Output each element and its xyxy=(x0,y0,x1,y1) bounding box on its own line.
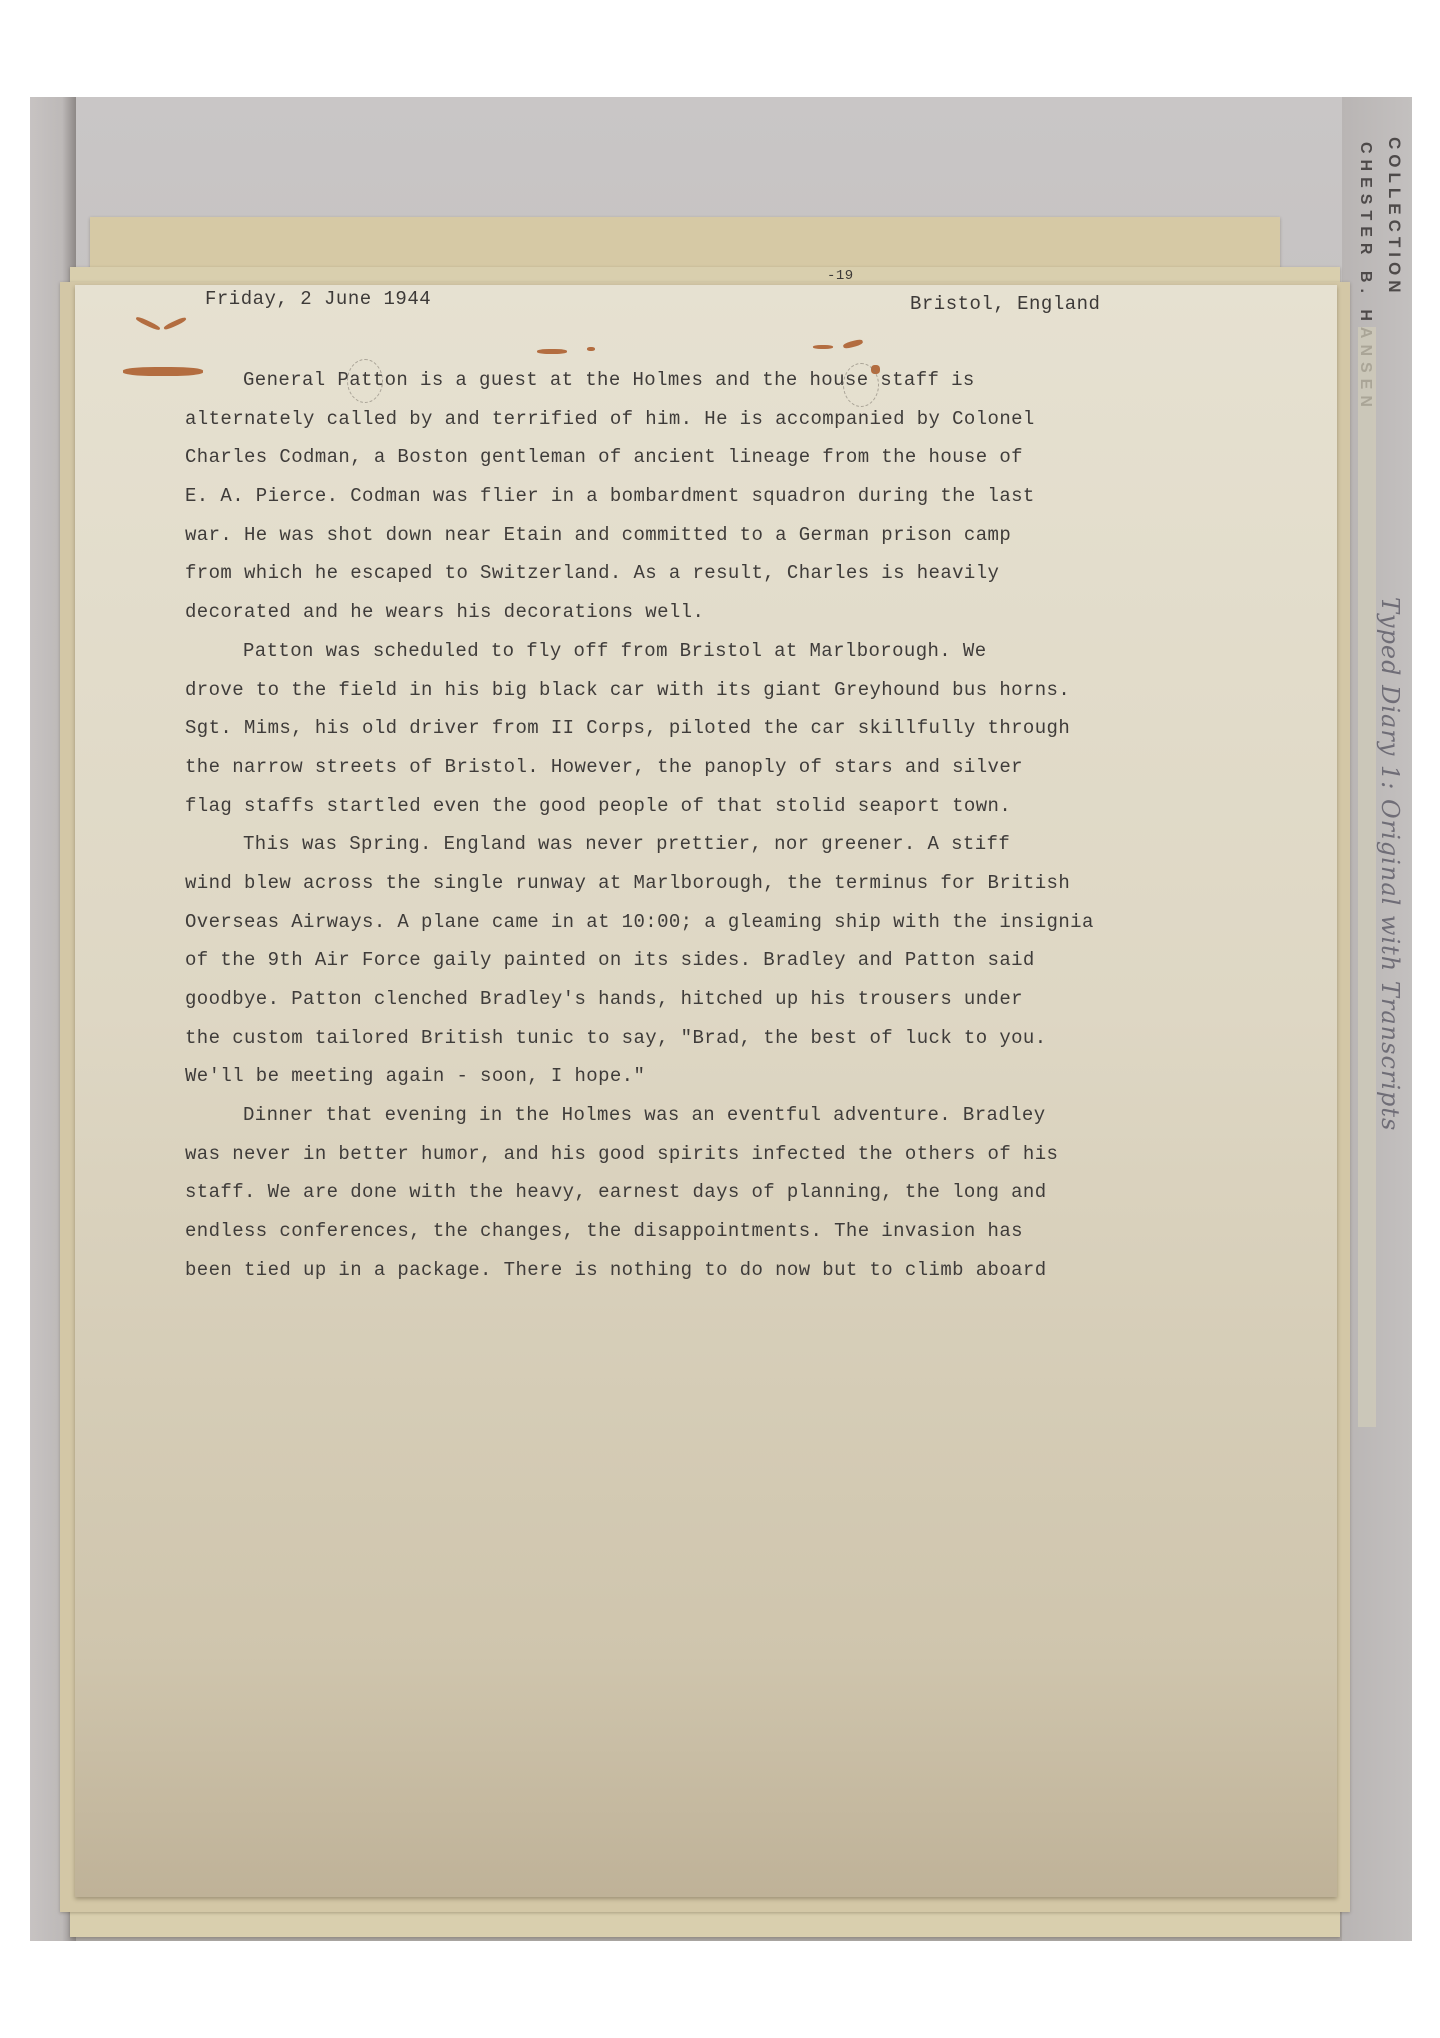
text-line: flag staffs startled even the good peopl… xyxy=(185,787,1165,826)
text-line: staff. We are done with the heavy, earne… xyxy=(185,1173,1165,1212)
text-line: was never in better humor, and his good … xyxy=(185,1135,1165,1174)
paragraph: This was Spring. England was never prett… xyxy=(185,825,1165,1096)
diary-body: General Patton is a guest at the Holmes … xyxy=(185,361,1165,1290)
collection-label: COLLECTION xyxy=(1384,137,1404,298)
text-line: wind blew across the single runway at Ma… xyxy=(185,864,1165,903)
rust-stain xyxy=(813,345,833,349)
text-line: war. He was shot down near Etain and com… xyxy=(185,516,1165,555)
text-line: Charles Codman, a Boston gentleman of an… xyxy=(185,438,1165,477)
text-line: drove to the field in his big black car … xyxy=(185,671,1165,710)
text-line: Sgt. Mims, his old driver from II Corps,… xyxy=(185,709,1165,748)
text-line: from which he escaped to Switzerland. As… xyxy=(185,554,1165,593)
rust-stain xyxy=(587,347,595,351)
folder-tab-strip xyxy=(1358,327,1376,1427)
paragraph: General Patton is a guest at the Holmes … xyxy=(185,361,1165,632)
paragraph: Patton was scheduled to fly off from Bri… xyxy=(185,632,1165,825)
text-line: E. A. Pierce. Codman was flier in a bomb… xyxy=(185,477,1165,516)
text-line: General Patton is a guest at the Holmes … xyxy=(185,361,1165,400)
text-line: goodbye. Patton clenched Bradley's hands… xyxy=(185,980,1165,1019)
text-line: This was Spring. England was never prett… xyxy=(185,825,1165,864)
entry-location: Bristol, England xyxy=(910,293,1100,315)
entry-date: Friday, 2 June 1944 xyxy=(205,288,431,310)
text-line: endless conferences, the changes, the di… xyxy=(185,1212,1165,1251)
text-line: of the 9th Air Force gaily painted on it… xyxy=(185,941,1165,980)
text-line: decorated and he wears his decorations w… xyxy=(185,593,1165,632)
paragraph: Dinner that evening in the Holmes was an… xyxy=(185,1096,1165,1289)
rust-stain xyxy=(135,316,161,332)
rust-stain xyxy=(537,349,567,354)
text-line: alternately called by and terrified of h… xyxy=(185,400,1165,439)
rust-stain xyxy=(843,339,864,350)
text-line: We'll be meeting again - soon, I hope." xyxy=(185,1057,1165,1096)
text-line: the custom tailored British tunic to say… xyxy=(185,1019,1165,1058)
text-line: Patton was scheduled to fly off from Bri… xyxy=(185,632,1165,671)
rust-stain xyxy=(163,316,187,331)
page-number: -19 xyxy=(827,268,854,284)
handwritten-folder-note: Typed Diary 1: Original with Transcripts xyxy=(1376,597,1404,1131)
text-line: been tied up in a package. There is noth… xyxy=(185,1251,1165,1290)
text-line: the narrow streets of Bristol. However, … xyxy=(185,748,1165,787)
text-line: Overseas Airways. A plane came in at 10:… xyxy=(185,903,1165,942)
text-line: Dinner that evening in the Holmes was an… xyxy=(185,1096,1165,1135)
